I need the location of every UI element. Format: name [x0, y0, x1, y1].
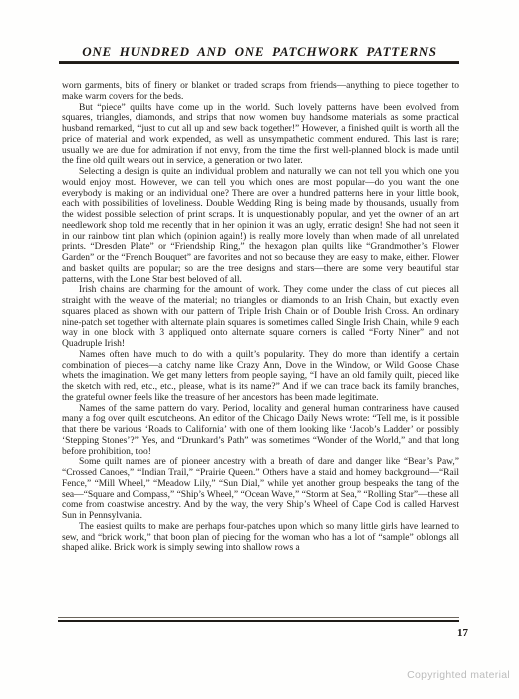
book-page: ONE HUNDRED AND ONE PATCHWORK PATTERNS w… — [0, 0, 519, 699]
paragraph: But “piece” quilts have come up in the w… — [62, 103, 459, 168]
paragraph: The easiest quilts to make are perhaps f… — [62, 522, 459, 554]
footer-rule — [58, 617, 459, 622]
paragraph: Names often have much to do with a quilt… — [62, 350, 459, 404]
header-rule — [59, 61, 459, 64]
running-title: ONE HUNDRED AND ONE PATCHWORK PATTERNS — [61, 44, 458, 60]
paragraph: Names of the same pattern do vary. Perio… — [62, 404, 459, 458]
paragraph-continuation: worn garments, bits of finery or blanket… — [62, 81, 459, 103]
paragraph: Some quilt names are of pioneer ancestry… — [62, 457, 459, 522]
paragraph: Selecting a design is quite an individua… — [62, 167, 459, 285]
copyright-watermark: Copyrighted material — [407, 669, 510, 681]
paragraph: Irish chains are charming for the amount… — [62, 285, 459, 350]
body-text: worn garments, bits of finery or blanket… — [62, 81, 459, 554]
page-number: 17 — [62, 627, 468, 639]
